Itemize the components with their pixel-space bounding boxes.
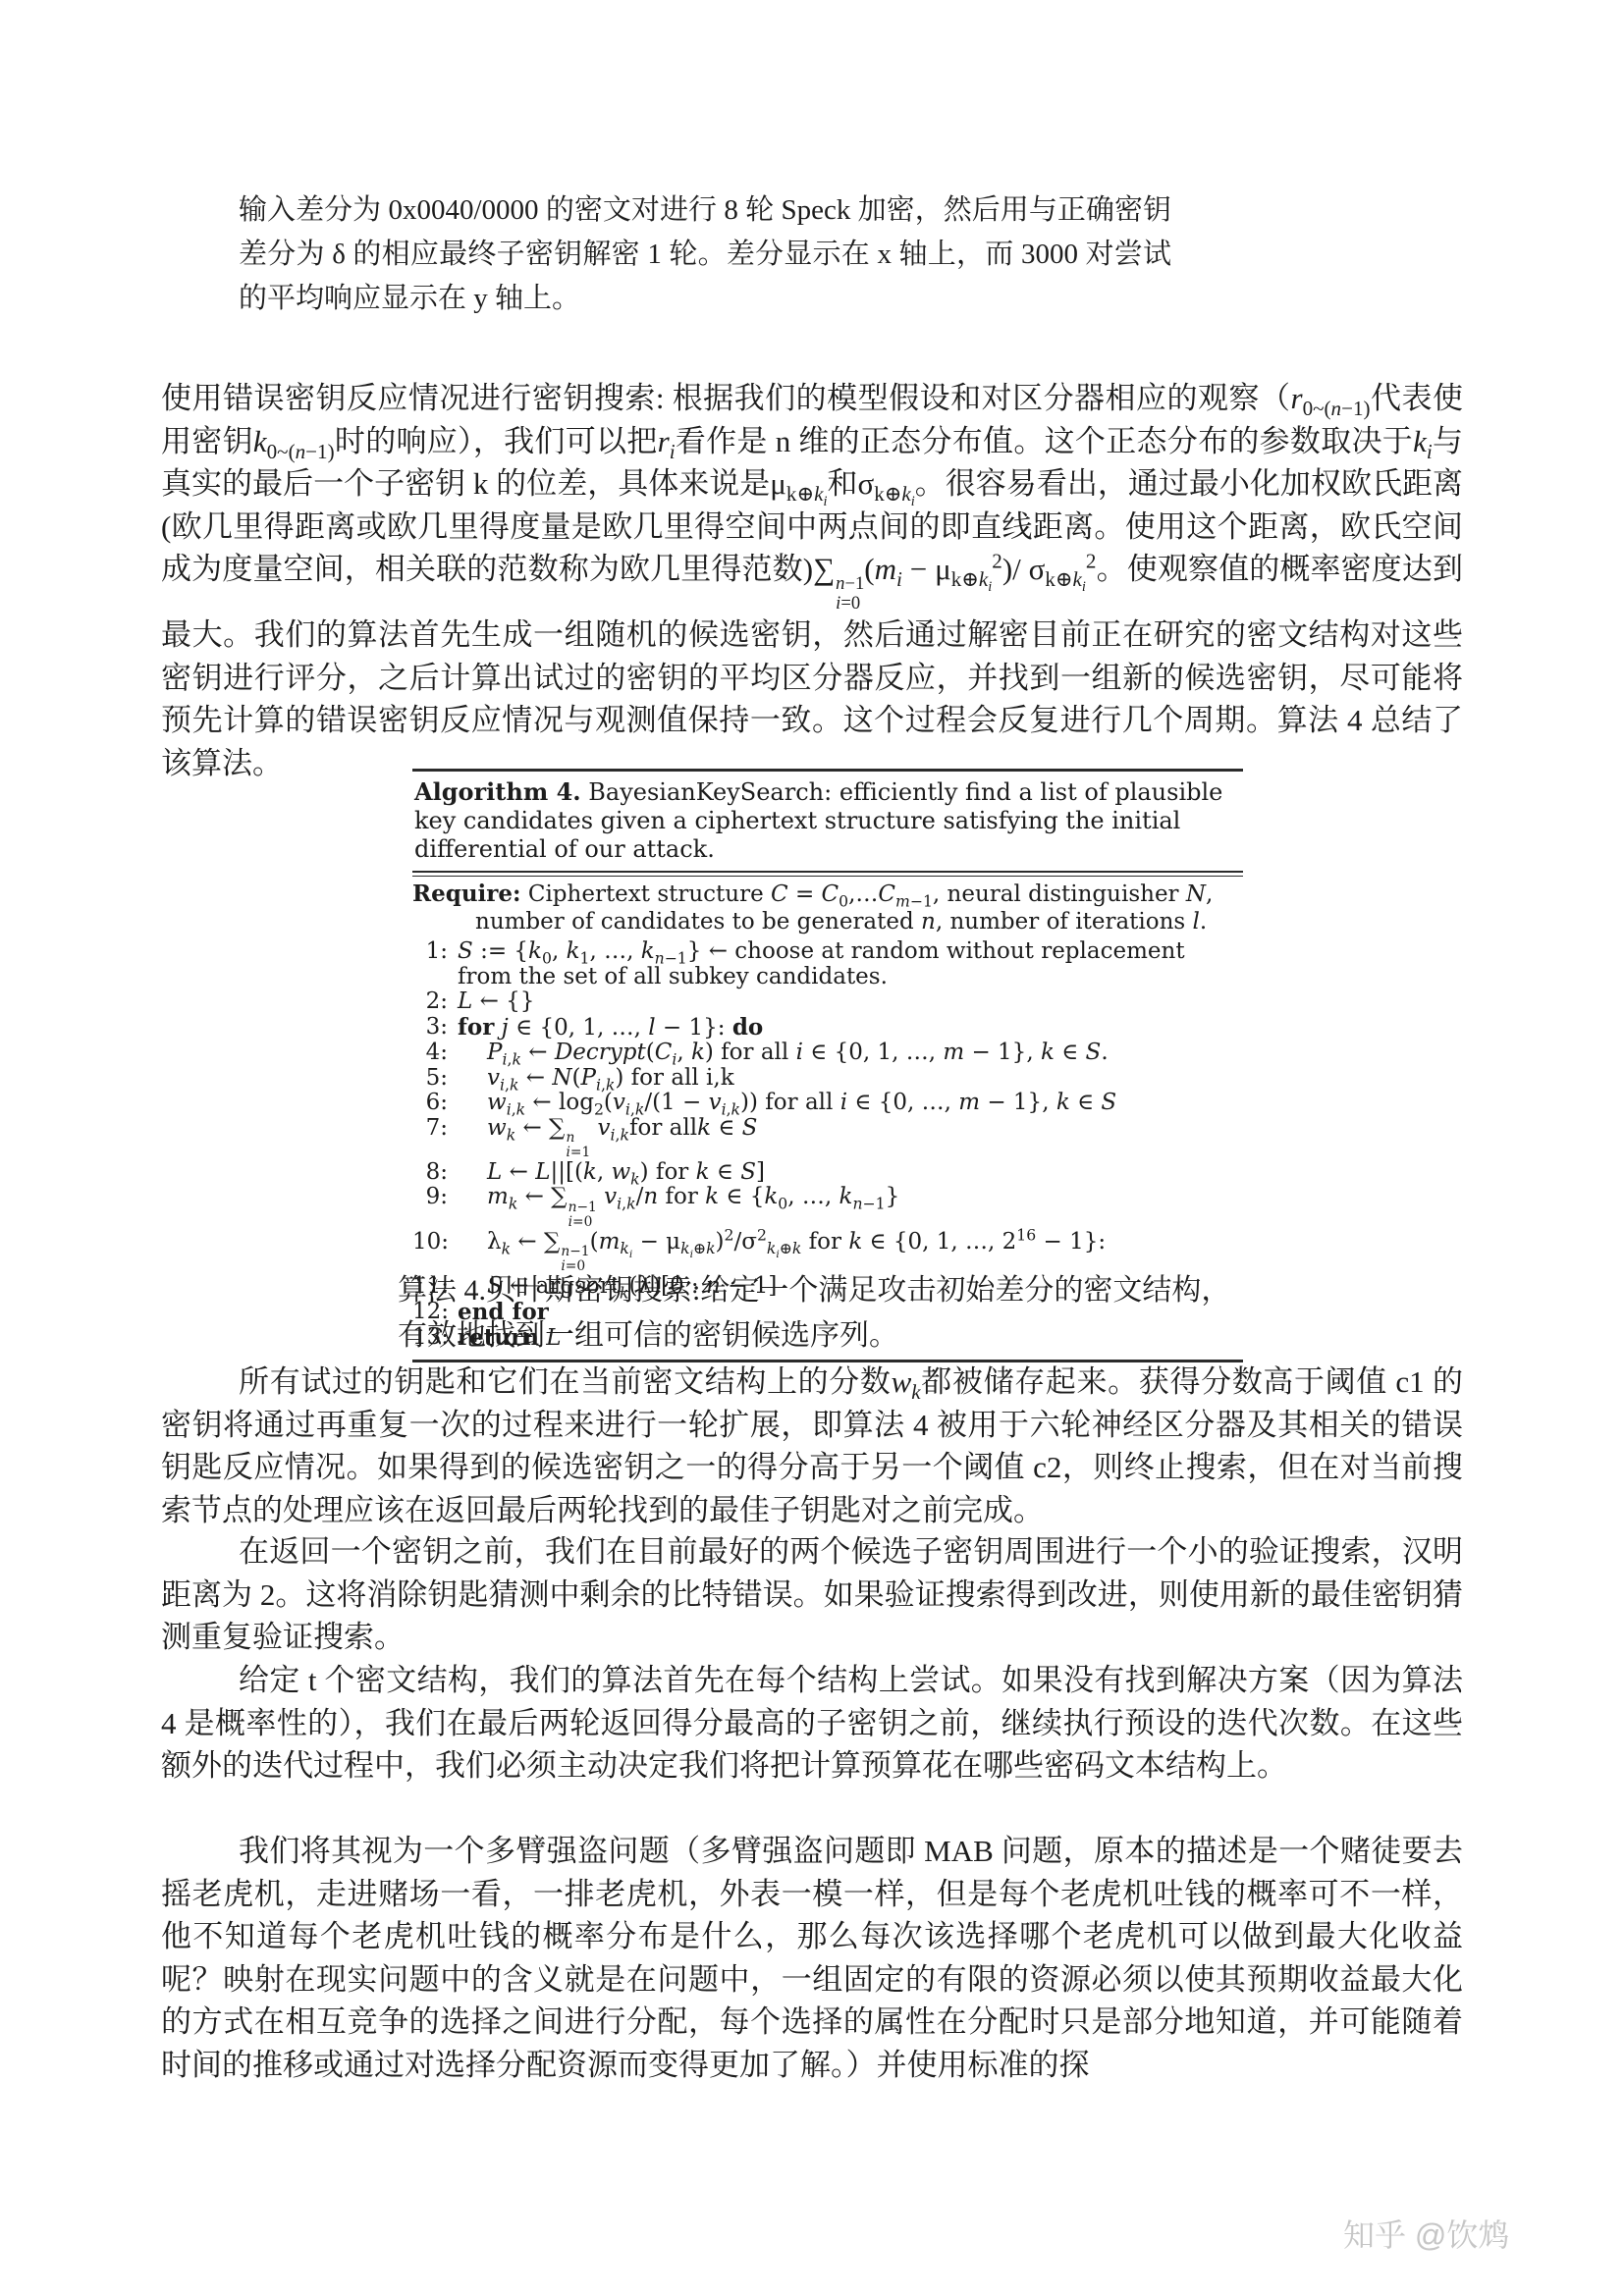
step-number: 4:	[412, 1041, 448, 1066]
intro-paragraph: 使用错误密钥反应情况进行密钥搜索: 根据我们的模型假设和对区分器相应的观察（r0…	[161, 377, 1463, 784]
step-content: S := {k0, k1, …, kn−1} ← choose at rando…	[458, 939, 1243, 989]
algorithm-step: 5:vi,k ← N(Pi,k) for all i,k	[412, 1066, 1243, 1092]
step-number: 9:	[412, 1185, 448, 1229]
watermark: 知乎 @饮鸩	[1343, 2211, 1509, 2256]
algorithm-step: 1:S := {k0, k1, …, kn−1} ← choose at ran…	[412, 939, 1243, 989]
document-page: 输入差分为 0x0040/0000 的密文对进行 8 轮 Speck 加密，然后…	[0, 0, 1624, 2296]
body-paragraph: 所有试过的钥匙和它们在当前密文结构上的分数wk都被储存起来。获得分数高于阈值 c…	[161, 1361, 1463, 1531]
step-content: Pi,k ← Decrypt(Ci, k) for all i ∈ {0, 1,…	[458, 1041, 1243, 1066]
step-number: 5:	[412, 1066, 448, 1092]
algorithm-step: 8:L ← L||[(k, wk) for k ∈ S]	[412, 1160, 1243, 1186]
step-number: 7:	[412, 1116, 448, 1160]
algorithm-caption-line2: 有效地找到一组可信的密钥候选序列。	[398, 1313, 1242, 1359]
step-content: for j ∈ {0, 1, …, l − 1}: do	[458, 1015, 1243, 1041]
algorithm-caption-line1: 算法 4.贝叶斯密钥搜索:给定一个满足攻击初始差分的密文结构，	[398, 1268, 1242, 1313]
step-number: 8:	[412, 1160, 448, 1186]
algorithm-step: 4:Pi,k ← Decrypt(Ci, k) for all i ∈ {0, …	[412, 1041, 1243, 1066]
algorithm-caption: 算法 4.贝叶斯密钥搜索:给定一个满足攻击初始差分的密文结构， 有效地找到一组可…	[398, 1268, 1242, 1359]
step-number: 3:	[412, 1015, 448, 1041]
algorithm-step: 9:mk ← ∑n−1i=0 vi,k/n for k ∈ {k0, …, kn…	[412, 1185, 1243, 1229]
algorithm-require-line: Require: Ciphertext structure C = C0,…Cm…	[412, 881, 1243, 935]
body-paragraph: 给定 t 个密文结构，我们的算法首先在每个结构上尝试。如果没有找到解决方案（因为…	[161, 1659, 1463, 1788]
body-paragraph: 我们将其视为一个多臂强盗问题（多臂强盗问题即 MAB 问题，原本的描述是一个赌徒…	[161, 1830, 1463, 2086]
step-content: mk ← ∑n−1i=0 vi,k/n for k ∈ {k0, …, kn−1…	[458, 1185, 1243, 1229]
step-content: L ← L||[(k, wk) for k ∈ S]	[458, 1160, 1243, 1186]
body-paragraph: 在返回一个密钥之前，我们在目前最好的两个候选子密钥周围进行一个小的验证搜索，汉明…	[161, 1530, 1463, 1659]
step-number: 1:	[412, 939, 448, 989]
algorithm-title: Algorithm 4. BayesianKeySearch: efficien…	[412, 774, 1243, 869]
step-content: vi,k ← N(Pi,k) for all i,k	[458, 1066, 1243, 1092]
step-content: wi,k ← log2(vi,k/(1 − vi,k)) for all i ∈…	[458, 1091, 1243, 1116]
step-number: 2:	[412, 989, 448, 1015]
algorithm-step: 3:for j ∈ {0, 1, …, l − 1}: do	[412, 1015, 1243, 1041]
algorithm-step: 6:wi,k ← log2(vi,k/(1 − vi,k)) for all i…	[412, 1091, 1243, 1116]
algorithm-step: 2:L ← {}	[412, 989, 1243, 1015]
step-number: 6:	[412, 1091, 448, 1116]
step-content: L ← {}	[458, 989, 1243, 1015]
step-content: wk ← ∑ni=1 vi,kfor allk ∈ S	[458, 1116, 1243, 1160]
figure-caption: 输入差分为 0x0040/0000 的密文对进行 8 轮 Speck 加密，然后…	[239, 188, 1171, 321]
algorithm-step: 7:wk ← ∑ni=1 vi,kfor allk ∈ S	[412, 1116, 1243, 1160]
algorithm-title-divider	[412, 871, 1243, 877]
